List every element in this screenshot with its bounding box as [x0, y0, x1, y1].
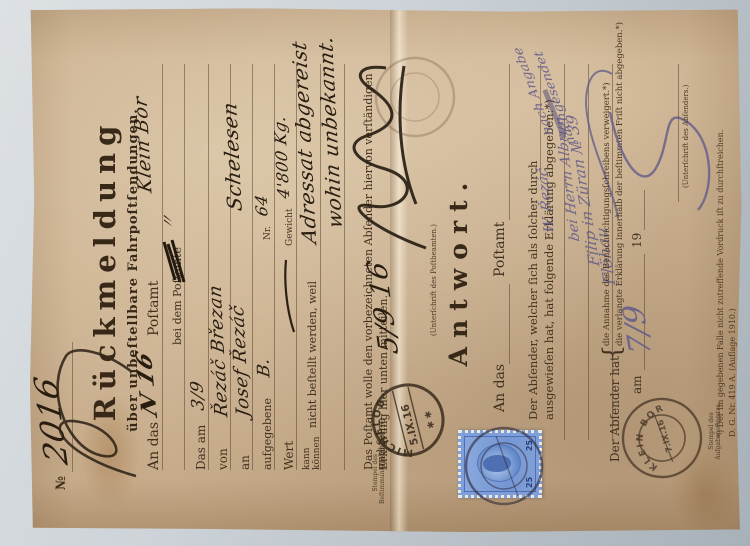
form-title: Rückmeldung [88, 8, 122, 532]
von-label: von [216, 448, 230, 470]
svg-text:7.IX.16: 7.IX.16 [656, 418, 676, 453]
antwort-an-das-label: An das [492, 364, 508, 412]
postmark-over-stamp [462, 424, 546, 508]
gewicht-handwritten: 4'800 Kg. [270, 114, 293, 200]
koennen-label: können [312, 436, 322, 470]
aufgegebene-label: aufgegebene [261, 398, 274, 470]
pencil-date: 7/9 [616, 305, 659, 356]
ditto-mark: 〃 [156, 212, 180, 232]
svg-text:✱ ✱: ✱ ✱ [424, 410, 438, 430]
footnote-asterisk: *) Der im gegebenen Falle nicht zutreffe… [716, 130, 725, 437]
an-das-label: An das [146, 422, 162, 470]
das-am-handwritten: 3/9 [187, 379, 208, 411]
kleinbor-postmark: KLEIN BOR 7.IX.16 [615, 391, 710, 486]
page1-signature-caption: (Unterſchrift des Poſtbeamten.) [430, 224, 438, 336]
form-subtitle: über unbeſtellbare Fahrpoſtſendungen. [126, 8, 141, 532]
an-label: an [238, 455, 252, 470]
page2-signature-caption: (Unterſchrift des Abſenders.) [682, 85, 690, 188]
footnote-print-number: D. G. Nr. 419 A. (Auflage 1910.) [728, 308, 737, 437]
options-brace: { [598, 345, 626, 360]
ink-scribble [160, 238, 186, 284]
michelob-postmark-caption: Stempel desBeſtimmungspoſtamtes. [372, 454, 386, 504]
bestellt-label: nicht beſtellt werden, weil [306, 281, 319, 428]
nr-label: Nr. [263, 226, 273, 240]
absender-para-line2: ausgewieſen hat, hat folgende Erklärung … [542, 99, 556, 420]
gewicht-label: Gewicht [285, 208, 295, 246]
wert-label: Wert [282, 441, 296, 470]
year-label: 19 [630, 233, 644, 248]
das-am-label: Das am [194, 425, 208, 470]
postal-form-document: № 2016 Rückmeldung über unbeſtellbare Fa… [30, 8, 742, 532]
an-place-handwritten: Schelesen [217, 100, 247, 212]
antwort-postamt-label: Poſtamt [492, 222, 508, 277]
nr-handwritten: 64 [251, 193, 271, 218]
aufgegebene-handwritten: B. [254, 356, 275, 378]
wert-dash-stroke [282, 258, 296, 334]
photo-of-postal-form: № 2016 Rückmeldung über unbeſtellbare Fa… [0, 0, 750, 546]
pencil-signature-flourish [602, 72, 722, 232]
postamt-handwritten: Klein Bor [130, 95, 157, 194]
kann-label: kann [302, 448, 312, 470]
document-wrapper: № 2016 Rückmeldung über unbeſtellbare Fa… [30, 8, 742, 532]
postamt-label: Poſtamt [146, 281, 162, 336]
